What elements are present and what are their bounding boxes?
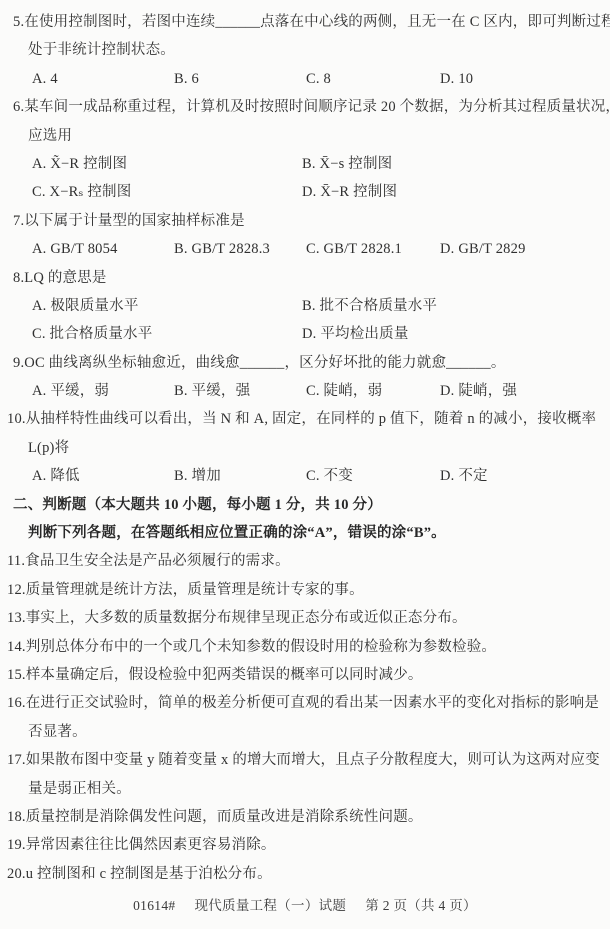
question-15: 15.样本量确定后，假设检验中犯两类错误的概率可以同时减少。 bbox=[0, 661, 610, 689]
question-6-options-row1: A. X̃−R 控制图 B. X̄−s 控制图 bbox=[0, 150, 610, 178]
option-d: D. 平均检出质量 bbox=[302, 320, 610, 348]
question-8-options-row1: A. 极限质量水平 B. 批不合格质量水平 bbox=[0, 292, 610, 320]
option-a: A. 平缓，弱 bbox=[32, 377, 174, 405]
option-b: B. GB/T 2828.3 bbox=[174, 235, 306, 263]
option-a: A. 极限质量水平 bbox=[32, 292, 302, 320]
question-8-text: 8.LQ 的意思是 bbox=[0, 264, 610, 292]
option-c: C. 不变 bbox=[306, 462, 440, 490]
question-12-text: 12.质量管理就是统计方法，质量管理是统计专家的事。 bbox=[0, 576, 610, 604]
question-6-text: 6.某车间一成品称重过程，计算机及时按照时间顺序记录 20 个数据，为分析其过程… bbox=[0, 93, 610, 121]
option-d: D. 10 bbox=[440, 65, 610, 93]
question-13-text: 13.事实上，大多数的质量数据分布规律呈现正态分布或近似正态分布。 bbox=[0, 604, 610, 632]
option-c: C. 8 bbox=[306, 65, 440, 93]
section-2-instruction: 判断下列各题，在答题纸相应位置正确的涂“A”，错误的涂“B”。 bbox=[0, 519, 610, 547]
question-18: 18.质量控制是消除偶发性问题，而质量改进是消除系统性问题。 bbox=[0, 803, 610, 831]
option-c: C. 陡峭，弱 bbox=[306, 377, 440, 405]
option-a: A. GB/T 8054 bbox=[32, 235, 174, 263]
question-19: 19.异常因素往往比偶然因素更容易消除。 bbox=[0, 831, 610, 859]
question-13: 13.事实上，大多数的质量数据分布规律呈现正态分布或近似正态分布。 bbox=[0, 604, 610, 632]
question-8-options-row2: C. 批合格质量水平 D. 平均检出质量 bbox=[0, 320, 610, 348]
question-17: 17.如果散布图中变量 y 随着变量 x 的增大而增大，且点子分散程度大，则可认… bbox=[0, 746, 610, 803]
exam-code: 01614# bbox=[133, 892, 175, 920]
question-18-text: 18.质量控制是消除偶发性问题，而质量改进是消除系统性问题。 bbox=[0, 803, 610, 831]
question-9-text: 9.OC 曲线离纵坐标轴愈近，曲线愈______，区分好坏批的能力就愈_____… bbox=[0, 349, 610, 377]
option-b: B. 6 bbox=[174, 65, 306, 93]
exam-paper-page: 5.在使用控制图时，若图中连续______点落在中心线的两侧，且无一在 C 区内… bbox=[0, 0, 610, 929]
question-7-text: 7.以下属于计量型的国家抽样标准是 bbox=[0, 207, 610, 235]
question-11: 11.食品卫生安全法是产品必须履行的需求。 bbox=[0, 547, 610, 575]
question-15-text: 15.样本量确定后，假设检验中犯两类错误的概率可以同时减少。 bbox=[0, 661, 610, 689]
question-10: 10.从抽样特性曲线可以看出，当 N 和 A, 固定，在同样的 p 值下，随着 … bbox=[0, 405, 610, 490]
option-b: B. 批不合格质量水平 bbox=[302, 292, 610, 320]
option-a: A. 降低 bbox=[32, 462, 174, 490]
option-b: B. 平缓，强 bbox=[174, 377, 306, 405]
question-14: 14.判别总体分布中的一个或几个未知参数的假设时用的检验称为参数检验。 bbox=[0, 633, 610, 661]
question-16-text-cont: 否显著。 bbox=[0, 718, 610, 746]
question-8: 8.LQ 的意思是 A. 极限质量水平 B. 批不合格质量水平 C. 批合格质量… bbox=[0, 264, 610, 349]
option-c: C. 批合格质量水平 bbox=[32, 320, 302, 348]
question-20-text: 20.u 控制图和 c 控制图是基于泊松分布。 bbox=[0, 860, 610, 888]
question-10-text-cont: L(p)将 bbox=[0, 434, 610, 462]
question-12: 12.质量管理就是统计方法，质量管理是统计专家的事。 bbox=[0, 576, 610, 604]
option-d: D. 不定 bbox=[440, 462, 610, 490]
question-20: 20.u 控制图和 c 控制图是基于泊松分布。 bbox=[0, 860, 610, 888]
question-9-options: A. 平缓，弱 B. 平缓，强 C. 陡峭，弱 D. 陡峭，强 bbox=[0, 377, 610, 405]
question-10-text: 10.从抽样特性曲线可以看出，当 N 和 A, 固定，在同样的 p 值下，随着 … bbox=[0, 405, 610, 433]
question-17-text: 17.如果散布图中变量 y 随着变量 x 的增大而增大，且点子分散程度大，则可认… bbox=[0, 746, 610, 774]
option-b: B. X̄−s 控制图 bbox=[302, 150, 610, 178]
option-b: B. 增加 bbox=[174, 462, 306, 490]
question-7-options: A. GB/T 8054 B. GB/T 2828.3 C. GB/T 2828… bbox=[0, 235, 610, 263]
question-5-text-cont: 处于非统计控制状态。 bbox=[0, 36, 610, 64]
question-6: 6.某车间一成品称重过程，计算机及时按照时间顺序记录 20 个数据，为分析其过程… bbox=[0, 93, 610, 207]
page-number: 第 2 页（共 4 页） bbox=[365, 892, 477, 920]
question-19-text: 19.异常因素往往比偶然因素更容易消除。 bbox=[0, 831, 610, 859]
question-9: 9.OC 曲线离纵坐标轴愈近，曲线愈______，区分好坏批的能力就愈_____… bbox=[0, 349, 610, 406]
exam-title: 现代质量工程（一）试题 bbox=[194, 892, 346, 920]
option-a: A. 4 bbox=[32, 65, 174, 93]
option-d: D. 陡峭，强 bbox=[440, 377, 610, 405]
question-11-text: 11.食品卫生安全法是产品必须履行的需求。 bbox=[0, 547, 610, 575]
question-17-text-cont: 量是弱正相关。 bbox=[0, 775, 610, 803]
question-6-text-cont: 应选用 bbox=[0, 122, 610, 150]
option-d: D. X̄−R 控制图 bbox=[302, 178, 610, 206]
question-7: 7.以下属于计量型的国家抽样标准是 A. GB/T 8054 B. GB/T 2… bbox=[0, 207, 610, 264]
section-2-header: 二、判断题（本大题共 10 小题，每小题 1 分，共 10 分） bbox=[0, 491, 610, 519]
option-c: C. X−Rₛ 控制图 bbox=[32, 178, 302, 206]
question-10-options: A. 降低 B. 增加 C. 不变 D. 不定 bbox=[0, 462, 610, 490]
question-6-options-row2: C. X−Rₛ 控制图 D. X̄−R 控制图 bbox=[0, 178, 610, 206]
question-5-text: 5.在使用控制图时，若图中连续______点落在中心线的两侧，且无一在 C 区内… bbox=[0, 8, 610, 36]
question-5: 5.在使用控制图时，若图中连续______点落在中心线的两侧，且无一在 C 区内… bbox=[0, 8, 610, 93]
question-14-text: 14.判别总体分布中的一个或几个未知参数的假设时用的检验称为参数检验。 bbox=[0, 633, 610, 661]
question-16-text: 16.在进行正交试验时，简单的极差分析便可直观的看出某一因素水平的变化对指标的影… bbox=[0, 689, 610, 717]
option-a: A. X̃−R 控制图 bbox=[32, 150, 302, 178]
section-2-judgment: 二、判断题（本大题共 10 小题，每小题 1 分，共 10 分） 判断下列各题，… bbox=[0, 491, 610, 548]
option-d: D. GB/T 2829 bbox=[440, 235, 610, 263]
question-16: 16.在进行正交试验时，简单的极差分析便可直观的看出某一因素水平的变化对指标的影… bbox=[0, 689, 610, 746]
option-c: C. GB/T 2828.1 bbox=[306, 235, 440, 263]
question-5-options: A. 4 B. 6 C. 8 D. 10 bbox=[0, 65, 610, 93]
page-footer: 01614# 现代质量工程（一）试题 第 2 页（共 4 页） bbox=[0, 892, 610, 920]
